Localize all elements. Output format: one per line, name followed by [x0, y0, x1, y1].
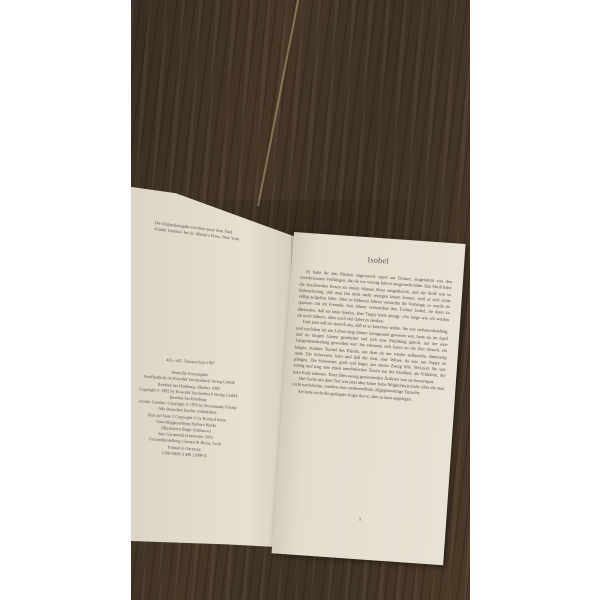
imprint-block: 426.–445. Tausend Juni 1997 Deutsche Ers…: [131, 354, 261, 463]
left-page: Die Originalausgabe erschien unter dem T…: [131, 186, 295, 548]
right-page: Isobel Er hatte ihr den Rücken zugewandt…: [272, 232, 466, 565]
page-number: 5: [274, 510, 446, 527]
chapter-title: Isobel: [292, 250, 464, 271]
paragraph: Und jetzt saß sie danach aus, daß es so …: [293, 319, 449, 386]
photo: Die Originalausgabe erschien unter dem T…: [131, 0, 470, 600]
wood-plank-seam: [257, 0, 303, 206]
chapter-body: Er hatte ihr den Rücken zugewandt, stand…: [292, 269, 452, 405]
